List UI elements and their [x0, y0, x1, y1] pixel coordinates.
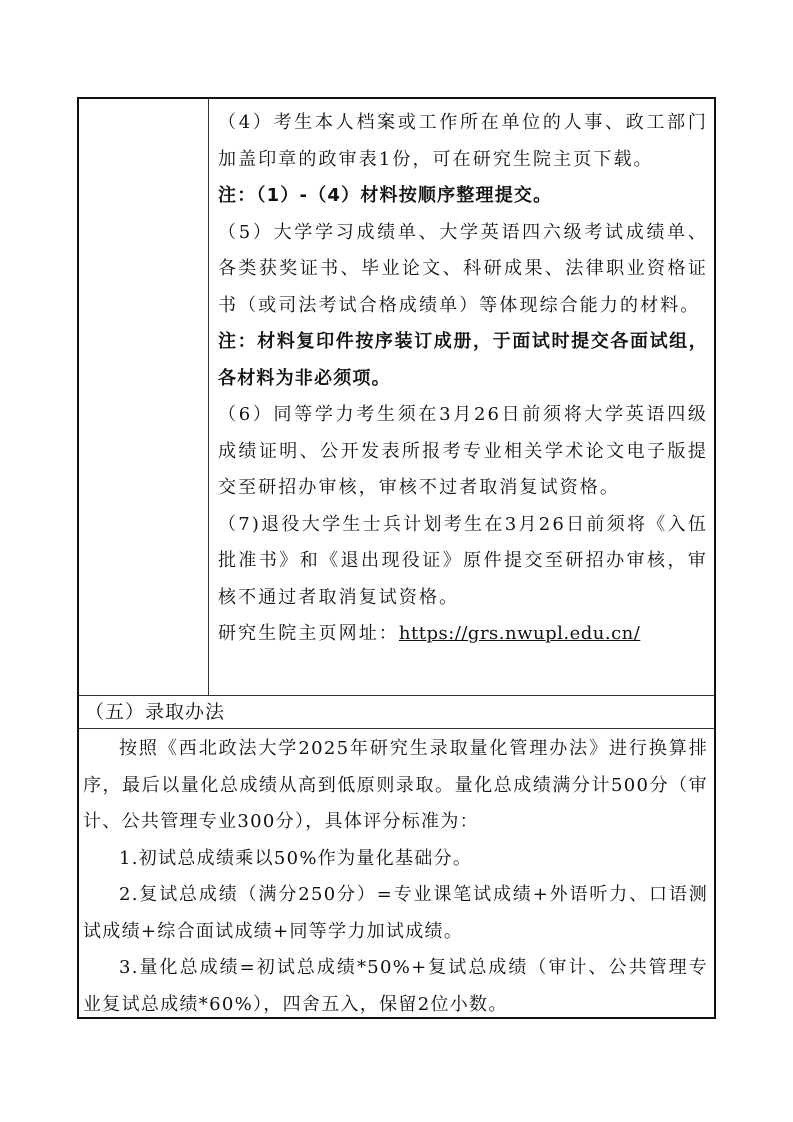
materials-row: （4）考生本人档案或工作所在单位的人事、政工部门加盖印章的政审表1份，可在研究生…	[79, 99, 714, 696]
admission-rule-2: 2.复试总成绩（满分250分）=专业课笔试成绩+外语听力、口语测试成绩+综合面试…	[83, 877, 708, 950]
section-heading: （五）录取办法	[79, 696, 714, 729]
material-item-4: （4）考生本人档案或工作所在单位的人事、政工部门加盖印章的政审表1份，可在研究生…	[218, 105, 708, 178]
admission-rule-3: 3.量化总成绩=初试总成绩*50%+复试总成绩（审计、公共管理专业复试总成绩*6…	[83, 950, 708, 1023]
document-table: （4）考生本人档案或工作所在单位的人事、政工部门加盖印章的政审表1份，可在研究生…	[77, 97, 716, 1019]
material-item-5: （5）大学学习成绩单、大学英语四六级考试成绩单、各类获奖证书、毕业论文、科研成果…	[218, 215, 708, 325]
admission-rule-1: 1.初试总成绩乘以50%作为量化基础分。	[83, 841, 708, 878]
material-item-6: （6）同等学力考生须在3月26日前须将大学英语四级成绩证明、公开发表所报考专业相…	[218, 397, 708, 507]
homepage-link[interactable]: https://grs.nwupl.edu.cn/	[399, 623, 640, 644]
admission-intro: 按照《西北政法大学2025年研究生录取量化管理办法》进行换算排序，最后以量化总成…	[83, 731, 708, 841]
homepage-line: 研究生院主页网址：https://grs.nwupl.edu.cn/	[218, 616, 708, 653]
materials-label-cell	[79, 99, 209, 695]
material-note-2: 注：材料复印件按序装订成册，于面试时提交各面试组，各材料为非必须项。	[218, 324, 708, 397]
admission-method-cell: 按照《西北政法大学2025年研究生录取量化管理办法》进行换算排序，最后以量化总成…	[79, 729, 714, 1017]
material-note-1: 注：（1）-（4）材料按顺序整理提交。	[218, 178, 708, 215]
material-item-7: （7)退役大学生士兵计划考生在3月26日前须将《入伍批准书》和《退出现役证》原件…	[218, 507, 708, 617]
materials-content-cell: （4）考生本人档案或工作所在单位的人事、政工部门加盖印章的政审表1份，可在研究生…	[210, 99, 714, 695]
homepage-label: 研究生院主页网址：	[218, 623, 399, 644]
